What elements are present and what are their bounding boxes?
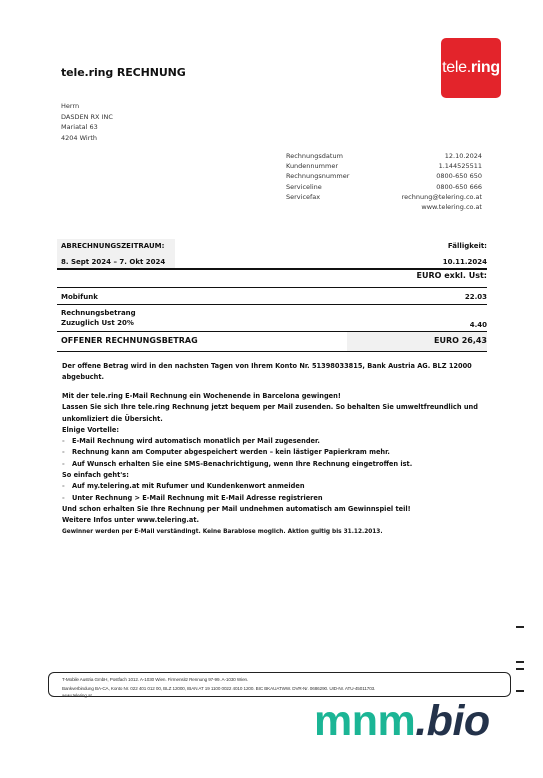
footer-bank: Bankverbindung BA-CA, Konto Nr. 022 401 …: [62, 684, 375, 693]
fold-mark: [516, 668, 524, 670]
invoice-info: Rechnungsdatum12.10.2024 Kundennummer1.1…: [286, 151, 482, 212]
recipient-salutation: Herrn: [61, 101, 113, 112]
vat-value: 4.40: [57, 321, 487, 329]
period-value: 8. Sept 2024 – 7. Okt 2024: [57, 258, 165, 266]
due-value: 10.11.2024: [443, 258, 487, 266]
info-row-invoice-number: Rechnungsnummer0800-650 650: [286, 171, 482, 181]
due-label: Fälligkeit:: [448, 242, 487, 250]
recipient-name: DASDEN RX INC: [61, 112, 113, 123]
promo-closing: Und schon erhalten Sie Ihre Rechnung per…: [62, 504, 482, 515]
divider: [57, 268, 487, 270]
advantage-item: -Rechnung kann am Computer abgespeichert…: [62, 447, 482, 458]
currency-label: EURO exkl. Ust:: [57, 271, 487, 280]
total-value: EURO 26,43: [434, 336, 487, 345]
period-value-row: 8. Sept 2024 – 7. Okt 2024 10.11.2024: [57, 258, 487, 266]
info-row-customer-number: Kundennummer1.144525511: [286, 161, 482, 171]
promo-disclaimer: Gewinner werden per E-Mail verständingt.…: [62, 527, 482, 538]
advantage-item: -Auf Wunsch erhalten Sie eine SMS-Benach…: [62, 459, 482, 470]
fold-mark: [516, 661, 524, 663]
total-row: OFFENER RECHNUNGSBETRAG EURO 26,43: [57, 336, 487, 345]
info-row-servicefax: Servicefaxrechnung@telering.co.at: [286, 192, 482, 202]
line-item-mobilfunk: Mobifunk 22.03: [57, 293, 487, 301]
total-label: OFFENER RECHNUNGSBETRAG: [57, 336, 198, 345]
promo-more-info: Weitere Infos unter www.telering.at.: [62, 515, 482, 526]
debit-notice: Der offene Betrag wird in den nachsten T…: [62, 361, 482, 383]
promo-headline: Mit der tele.ring E-Mail Rechnung ein Wo…: [62, 391, 482, 402]
divider: [57, 304, 487, 305]
period-label: ABRECHNUNGSZEITRAUM:: [57, 242, 164, 250]
advantage-item: -E-Mail Rechnung wird automatisch monatl…: [62, 436, 482, 447]
step-item: -Unter Rechnung > E-Mail Rechnung mit E-…: [62, 493, 482, 504]
recipient-address: Herrn DASDEN RX INC Mariatal 63 4204 Wir…: [61, 101, 113, 143]
recipient-city: 4204 Wirth: [61, 133, 113, 144]
watermark: mnm.bio: [314, 697, 490, 745]
promo-section: Mit der tele.ring E-Mail Rechnung ein Wo…: [62, 391, 482, 538]
document-title: tele.ring RECHNUNG: [61, 66, 186, 79]
fold-mark: [516, 690, 524, 692]
step-item: -Auf my.telering.at mit Rufumer und Kund…: [62, 481, 482, 492]
info-row-date: Rechnungsdatum12.10.2024: [286, 151, 482, 161]
footer-company: T-Mobile Austria GmbH, Postfach 1012. A-…: [62, 675, 375, 684]
info-row-serviceline: Serviceline0800-650 666: [286, 182, 482, 192]
promo-intro: Lassen Sie sich Ihre tele.ring Rechnung …: [62, 402, 482, 425]
telering-logo: tele.ring: [441, 38, 501, 98]
period-header-row: ABRECHNUNGSZEITRAUM: Fälligkeit:: [57, 242, 487, 250]
divider: [57, 287, 487, 288]
advantages-label: Elnige Vortelle:: [62, 425, 482, 436]
recipient-street: Mariatal 63: [61, 122, 113, 133]
steps-label: So einfach geht's:: [62, 470, 482, 481]
fold-mark: [516, 626, 524, 628]
info-row-website: www.telering.co.at: [286, 202, 482, 212]
divider: [57, 351, 487, 352]
